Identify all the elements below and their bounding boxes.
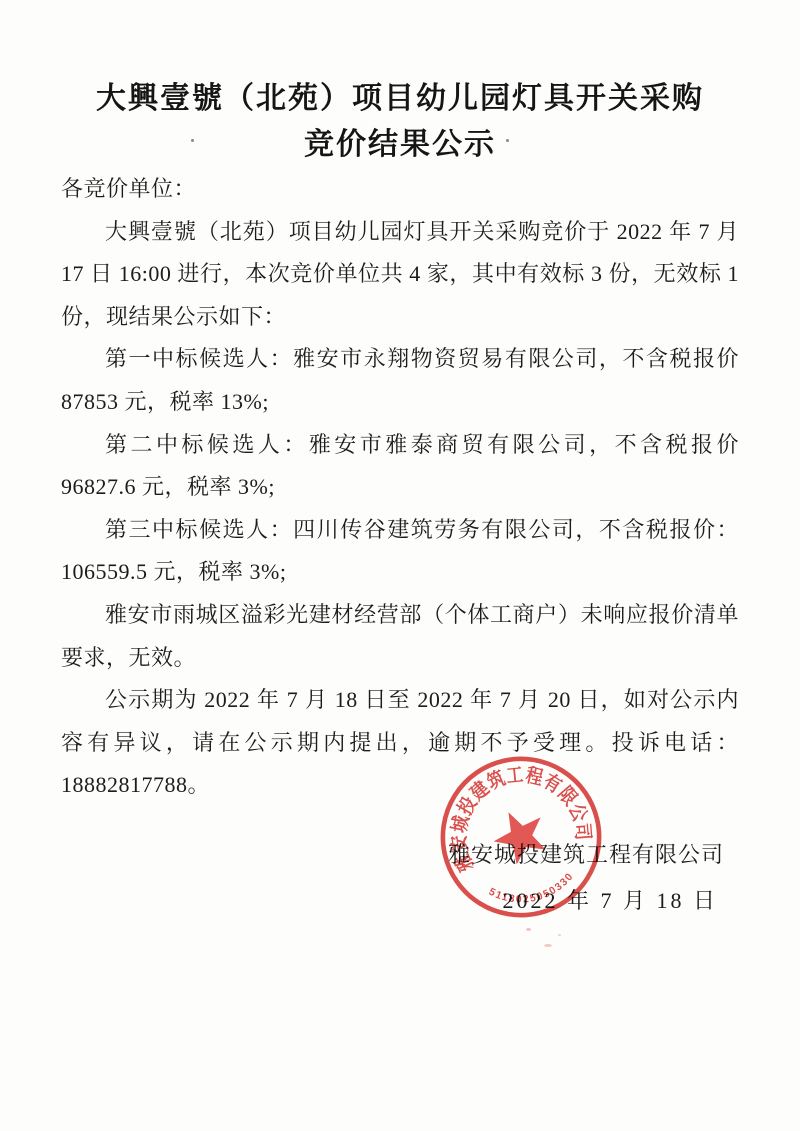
seal-arc-text: 雅安城投建筑工程有限公司 [432, 749, 597, 876]
seal-number-path: 5118025050330 [485, 867, 580, 914]
salutation: 各竞价单位： [61, 168, 739, 211]
signature-company: 雅安城投建筑工程有限公司 [0, 832, 724, 878]
paragraph-third-candidate: 第三中标候选人：四川传谷建筑劳务有限公司，不含税报价：106559.5 元，税率… [61, 509, 739, 594]
title-line-2: 竞价结果公示 [304, 128, 496, 161]
scan-speck [544, 944, 552, 947]
paragraph-first-candidate: 第一中标候选人：雅安市永翔物资贸易有限公司，不含税报价 87853 元，税率 1… [61, 338, 739, 423]
paragraph-invalid-bidder: 雅安市雨城区溢彩光建材经营部（个体工商户）未响应报价清单要求，无效。 [61, 594, 739, 679]
seal-arc-text-path: 雅安城投建筑工程有限公司 [432, 749, 597, 876]
title-line-1: 大興壹號（北苑）项目幼儿园灯具开关采购 [96, 82, 704, 115]
scan-speck [526, 928, 531, 931]
paragraph-publicity-period: 公示期为 2022 年 7 月 18 日至 2022 年 7 月 20 日，如对… [61, 679, 739, 807]
seal-star-icon [485, 800, 555, 869]
paragraph-intro: 大興壹號（北苑）项目幼儿园灯具开关采购竞价于 2022 年 7 月 17 日 1… [61, 211, 739, 339]
scan-speck [191, 139, 194, 142]
scan-speck [558, 934, 561, 936]
paragraph-second-candidate: 第二中标候选人：雅安市雅泰商贸有限公司，不含税报价 96827.6 元，税率 3… [61, 424, 739, 509]
document-page: 大興壹號（北苑）项目幼儿园灯具开关采购 竞价结果公示 各竞价单位： 大興壹號（北… [0, 0, 800, 1131]
page-title: 大興壹號（北苑）项目幼儿园灯具开关采购 竞价结果公示 [0, 76, 800, 168]
seal-number: 5118025050330 [485, 867, 580, 914]
document-body: 各竞价单位： 大興壹號（北苑）项目幼儿园灯具开关采购竞价于 2022 年 7 月… [61, 168, 739, 807]
scan-speck [506, 139, 509, 142]
